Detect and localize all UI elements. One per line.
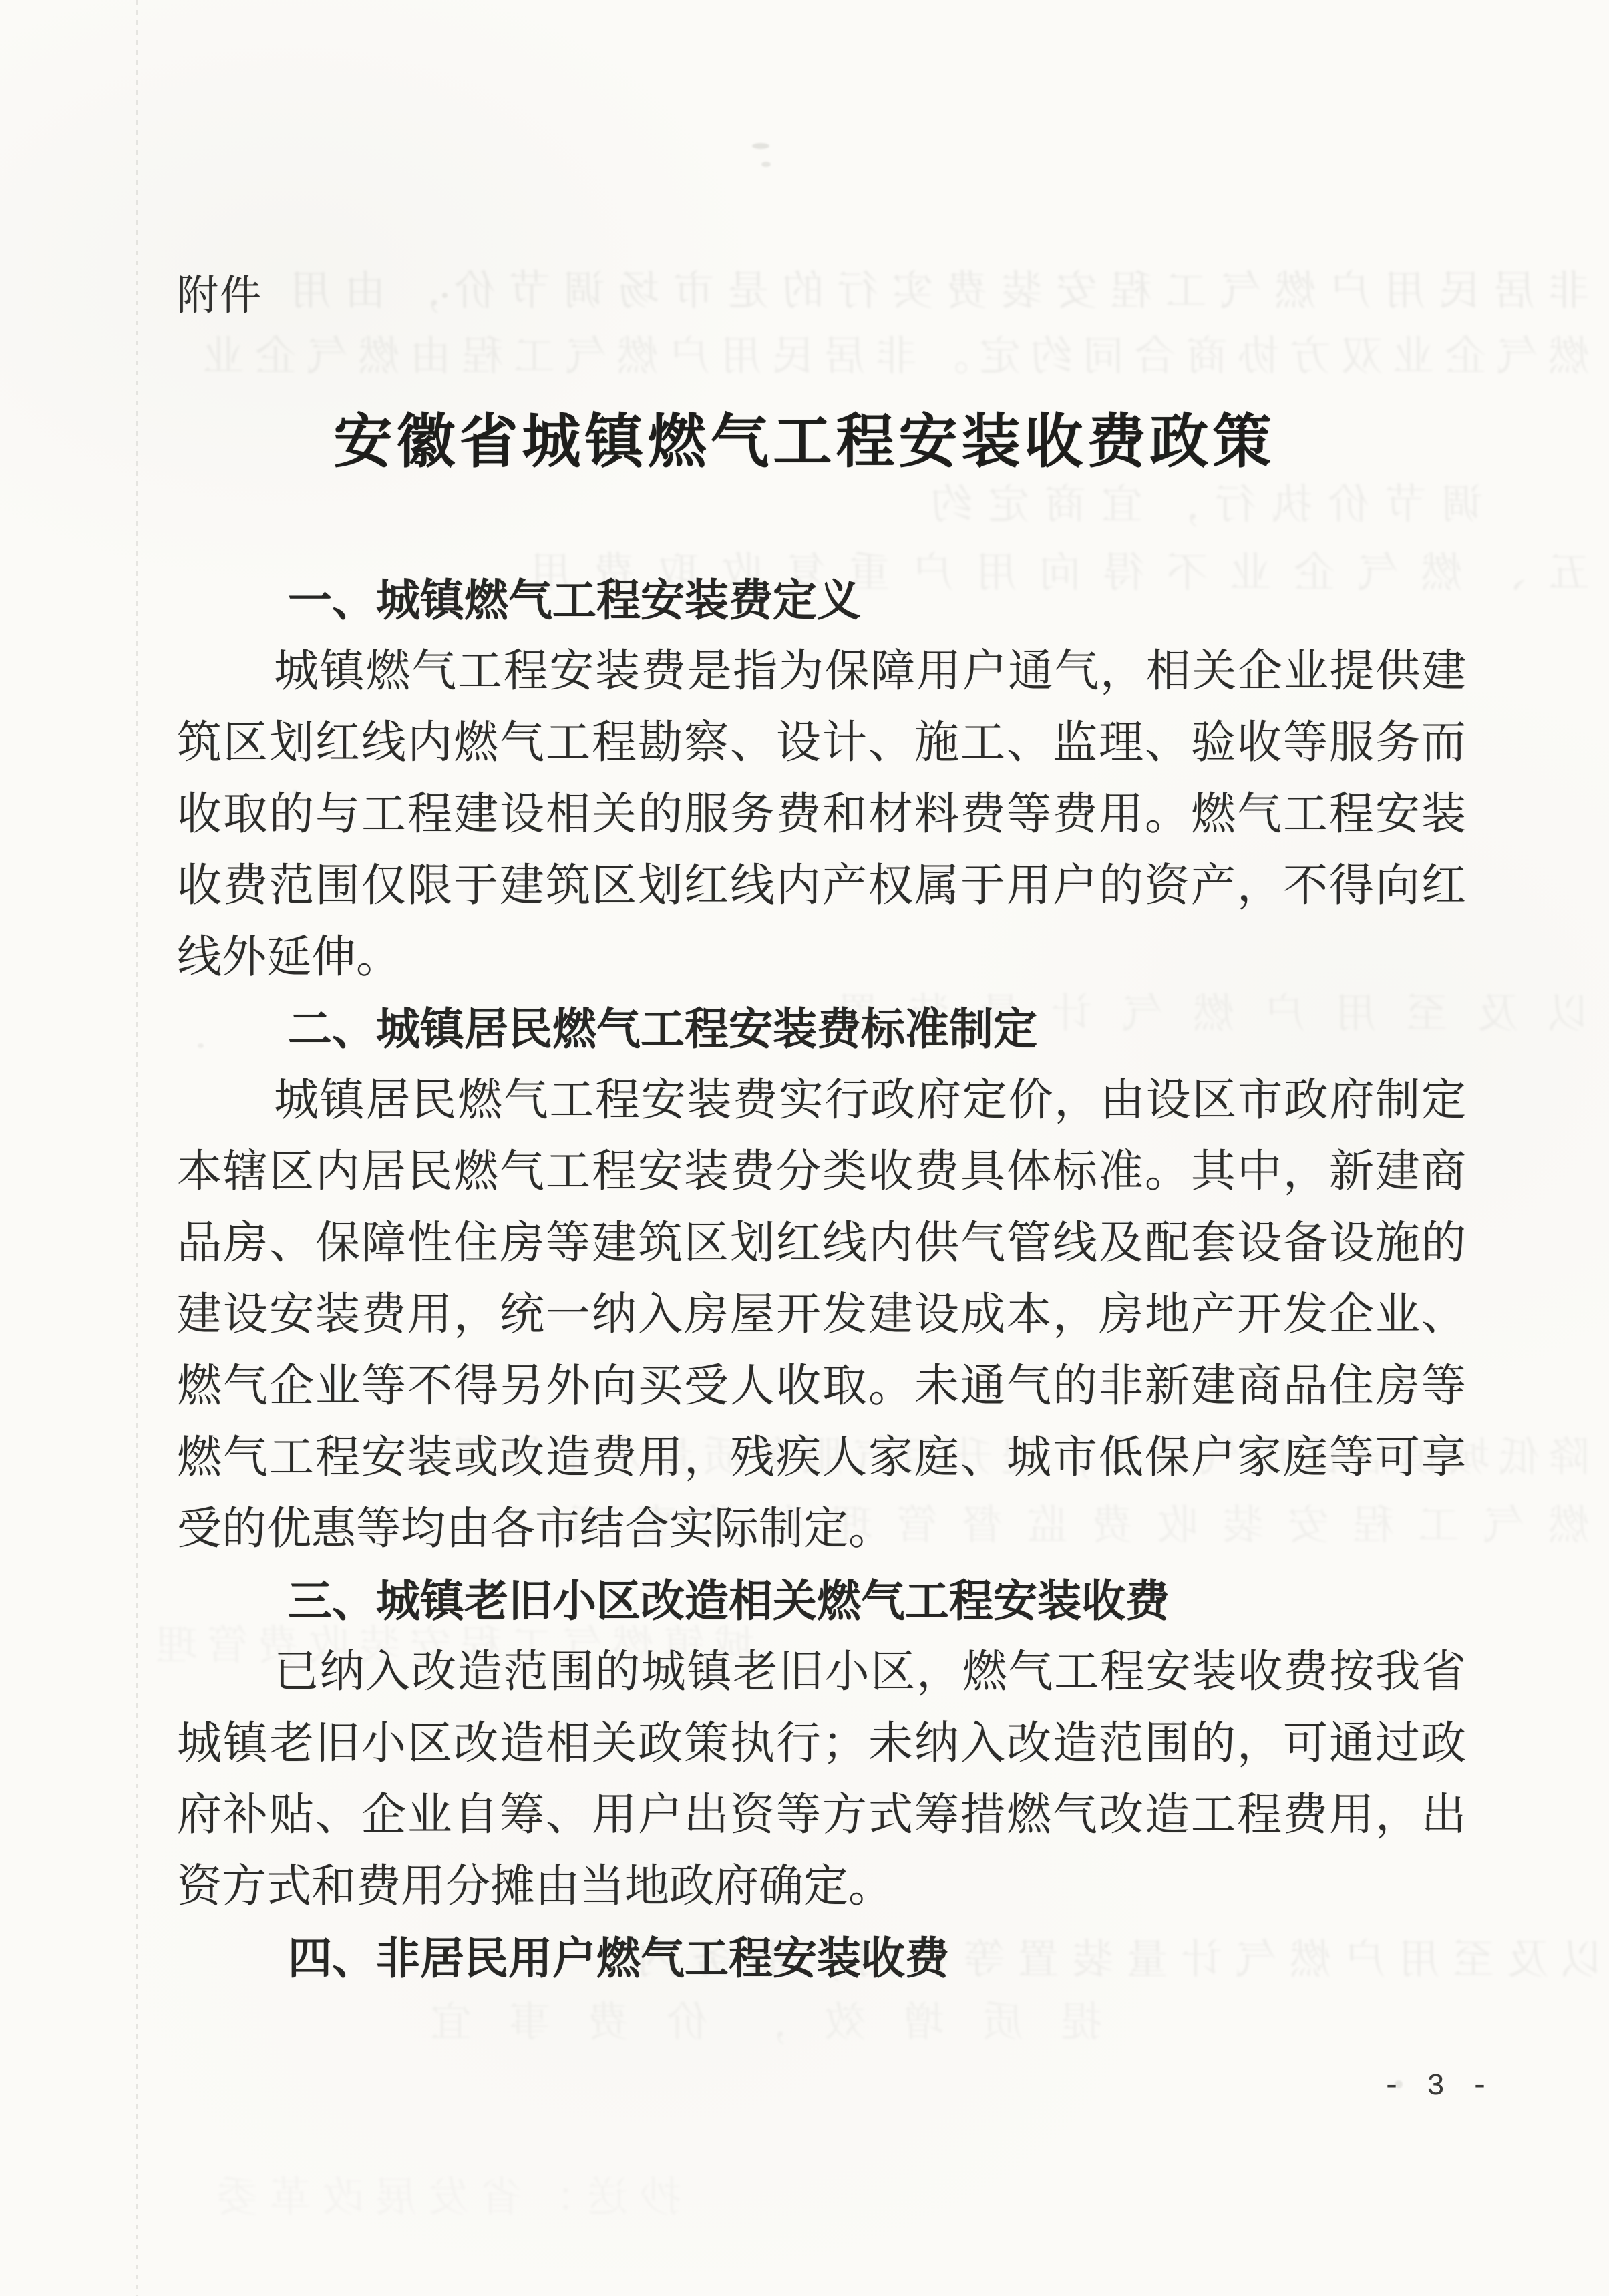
body-line: 收费范围仅限于建筑区划红线内产权属于用户的资产，不得向红 <box>177 850 1466 922</box>
body-line: 城镇燃气工程安装费是指为保障用户通气，相关企业提供建 <box>177 636 1466 707</box>
section-heading-2: 二、城镇居民燃气工程安装费标准制定 <box>177 993 1466 1065</box>
body-line: 燃气工程安装或改造费用，残疾人家庭、城市低保户家庭等可享 <box>177 1422 1466 1494</box>
body-line: 已纳入改造范围的城镇老旧小区，燃气工程安装收费按我省 <box>177 1637 1466 1708</box>
bleedthrough-line: 调节价执行，宜商定约 <box>928 482 1483 528</box>
scanned-document-page: 非居民用户燃气工程安装费实行的是市场调节价，由用 燃气企业双方协商合同约定。非居… <box>0 0 1609 2296</box>
body-line: 燃气企业等不得另外向买受人收取。未通气的非新建商品住房等 <box>177 1351 1466 1422</box>
page-number: - 3 - <box>1383 2070 1493 2104</box>
attachment-label: 附件 <box>177 275 262 317</box>
body-line: 收取的与工程建设相关的服务费和材料费等费用。燃气工程安装 <box>177 779 1466 850</box>
scan-speck <box>761 162 771 167</box>
body-line: 建设安装费用，统一纳入房屋开发建设成本，房地产开发企业、 <box>177 1279 1466 1351</box>
body-line: 受的优惠等均由各市结合实际制定。 <box>177 1494 1466 1565</box>
body-line: 本辖区内居民燃气工程安装费分类收费具体标准。其中，新建商 <box>177 1136 1466 1208</box>
bleedthrough-line: 非居民用户燃气工程安装费实行的是市场调节价，由用 <box>287 269 1590 314</box>
body-line: 府补贴、企业自筹、用户出资等方式筹措燃气改造工程费用，出 <box>177 1780 1466 1851</box>
body-line: 城镇老旧小区改造相关政策执行；未纳入改造范围的，可通过政 <box>177 1708 1466 1780</box>
document-title: 安徽省城镇燃气工程安装收费政策 <box>0 409 1609 476</box>
bleedthrough-line: 燃气企业双方协商合同约定。非居民用户燃气工程由燃气企业 <box>200 334 1590 379</box>
document-body: 一、城镇燃气工程安装费定义 城镇燃气工程安装费是指为保障用户通气，相关企业提供建… <box>177 564 1466 1994</box>
body-line: 品房、保障性住房等建筑区划红线内供气管线及配套设备设施的 <box>177 1208 1466 1279</box>
bleedthrough-line: 提质增效，价费事宜 <box>427 2000 1102 2045</box>
body-line: 筑区划红线内燃气工程勘察、设计、施工、监理、验收等服务而 <box>177 707 1466 779</box>
body-line: 城镇居民燃气工程安装费实行政府定价，由设区市政府制定 <box>177 1065 1466 1136</box>
scan-speck <box>752 143 769 149</box>
section-heading-3: 三、城镇老旧小区改造相关燃气工程安装收费 <box>177 1565 1466 1637</box>
bleedthrough-line: 抄送：省发展改革委 <box>214 2175 681 2221</box>
body-line: 线外延伸。 <box>177 922 1466 993</box>
body-line: 资方式和费用分摊由当地政府确定。 <box>177 1851 1466 1923</box>
section-heading-4: 四、非居民用户燃气工程安装收费 <box>177 1923 1466 1994</box>
scan-speck <box>442 293 448 298</box>
section-heading-1: 一、城镇燃气工程安装费定义 <box>177 564 1466 636</box>
scan-crease-line <box>136 0 138 2296</box>
